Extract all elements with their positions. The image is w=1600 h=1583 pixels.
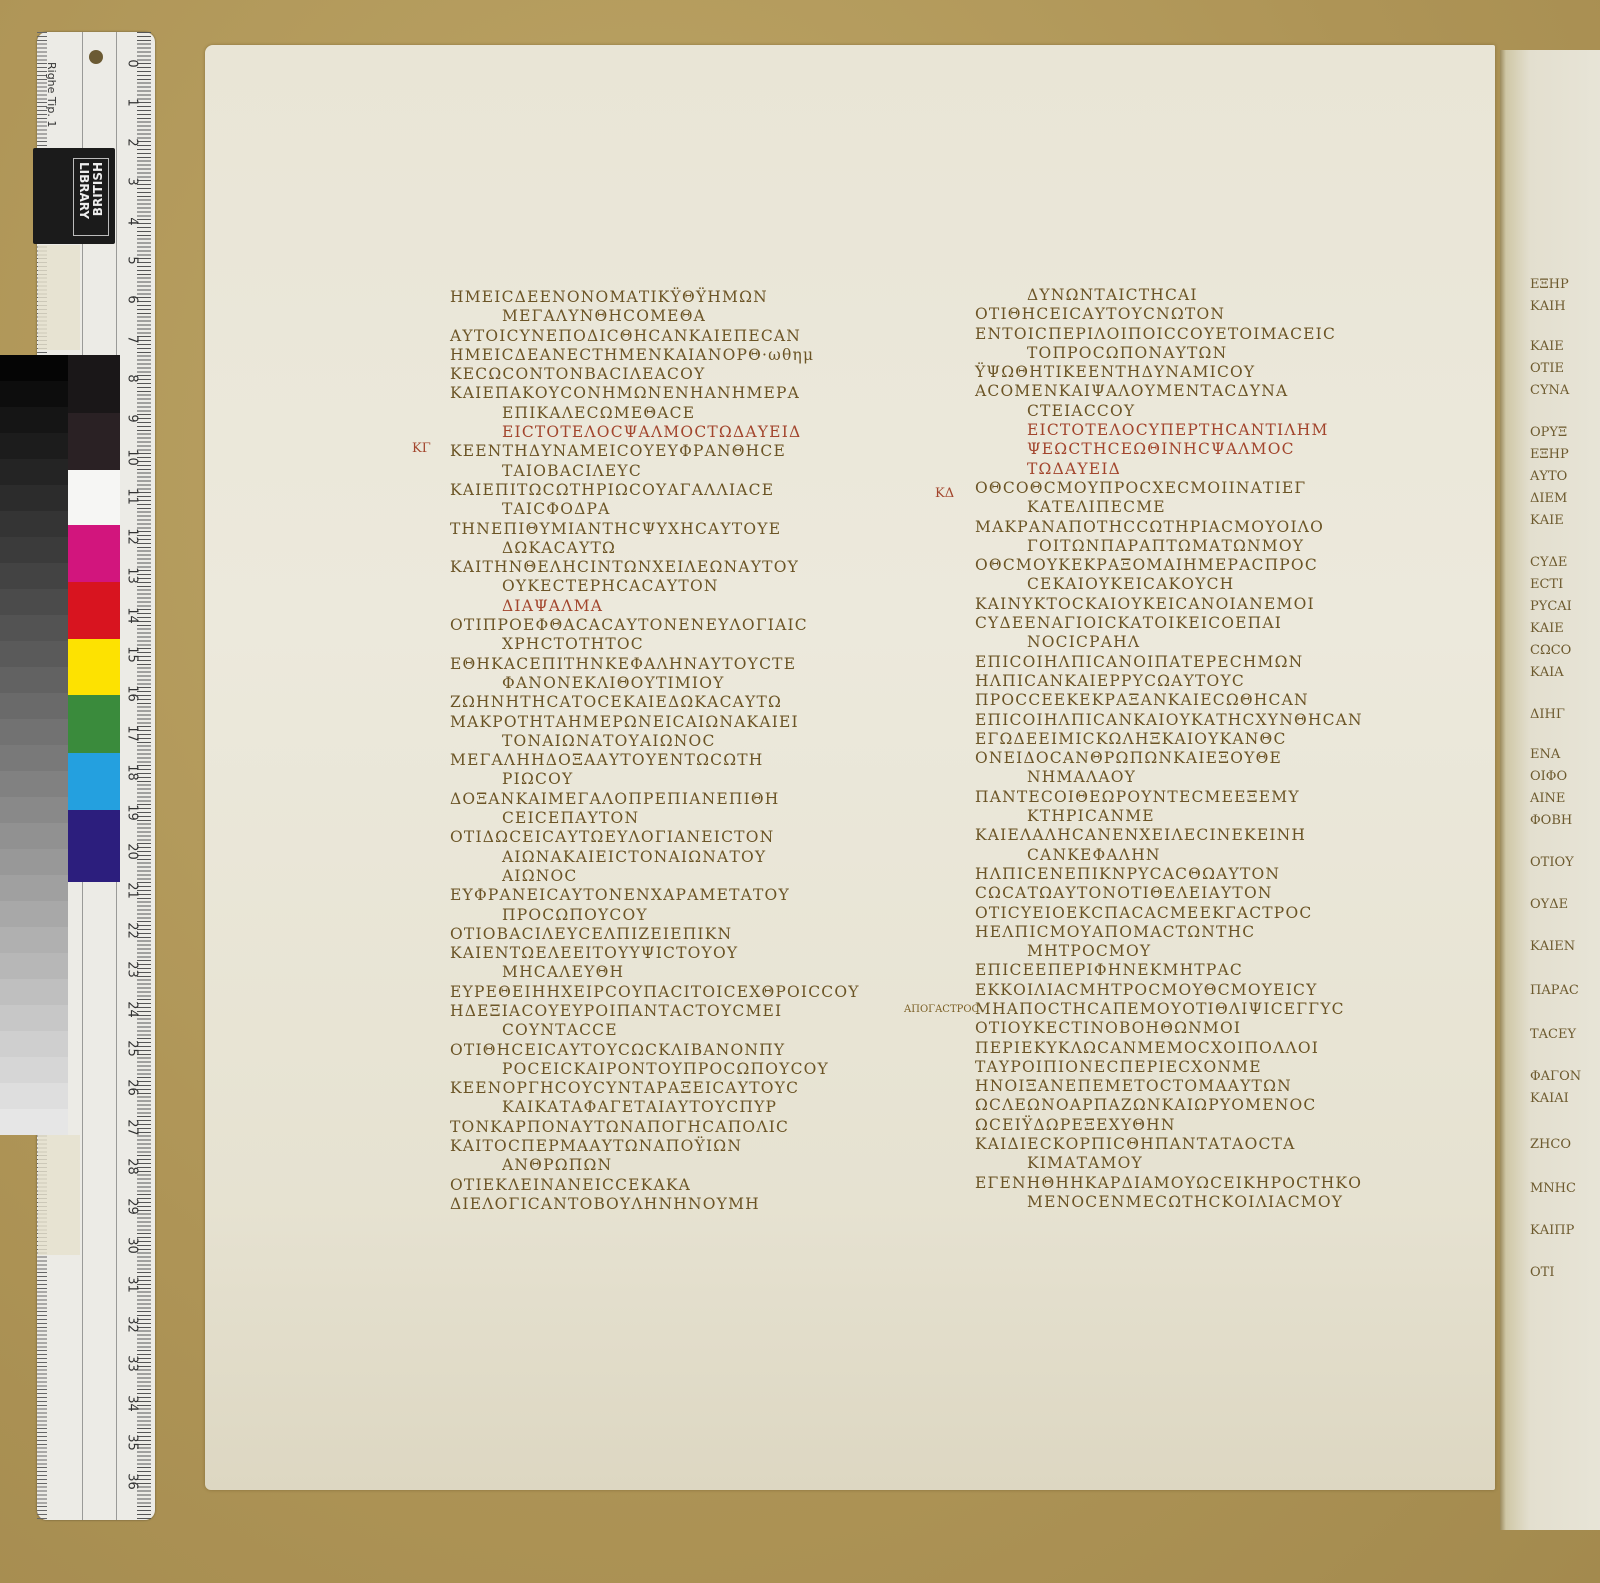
facing-page-fragment: ΚΑΙΕ [1530, 340, 1564, 353]
facing-page-fragment: ΚΑΙΗ [1530, 300, 1566, 313]
ruler-cm-label: 28 [125, 1152, 140, 1182]
manuscript-line: ΕΠΙϹΕΕΠΕΡΙΦΗΝΕΚΜΗΤΡΑϹ [975, 961, 1363, 980]
manuscript-line: ΕΠΙΚΑΛΕϹΩΜΕΘΑϹΕ [450, 404, 860, 423]
manuscript-line: ΫΨΩΘΗΤΙΚΕΕΝΤΗΔΥΝΑΜΙϹΟΥ [975, 363, 1363, 382]
ruler-cm-label: 1 [125, 88, 140, 118]
facing-page-fragment: ΦΑΓΟΝ [1530, 1070, 1581, 1083]
gray-step [0, 485, 68, 511]
ruler-cm-label: 17 [125, 718, 140, 748]
facing-page-fragment: ϹΥΔΕ [1530, 556, 1567, 569]
manuscript-line: ΕΘΗΚΑϹΕΠΙΤΗΝΚΕΦΑΛΗΝΑΥΤΟΥϹΤΕ [450, 655, 860, 674]
facing-page-fragment: ΠΑΡΑϹ [1530, 984, 1579, 997]
color-patch-green [68, 695, 120, 753]
gray-step [0, 563, 68, 589]
ruler-cm-label: 11 [125, 482, 140, 512]
facing-page-fragment: ΚΑΙΠΡ [1530, 1224, 1574, 1237]
gray-step [0, 355, 68, 381]
facing-page-fragment: ΚΑΙΕ [1530, 514, 1564, 527]
manuscript-line: ΦΑΝΟΝΕΚΛΙΘΟΥΤΙΜΙΟΥ [450, 674, 860, 693]
facing-page-fragment: ΟΥΔΕ [1530, 898, 1568, 911]
manuscript-line: ΟΤΙΕΚΛΕΙΝΑΝΕΙϹϹΕΚΑΚΑ [450, 1176, 860, 1195]
ruler-cm-label: 15 [125, 640, 140, 670]
gray-step [0, 667, 68, 693]
manuscript-line: ΨΕΩϹΤΗϹΕΩΘΙΝΗϹΨΑΛΜΟϹ [975, 440, 1363, 459]
manuscript-line: ΜΕΝΟϹΕΝΜΕϹΩΤΗϹΚΟΙΛΙΑϹΜΟΥ [975, 1193, 1363, 1212]
ruler-cm-label: 32 [125, 1309, 140, 1339]
gray-step [0, 849, 68, 875]
gray-step [0, 537, 68, 563]
facing-page-fragment: ΚΑΙΑΙ [1530, 1092, 1569, 1105]
manuscript-line: ΠΕΡΙΕΚΥΚΛΩϹΑΝΜΕΜΟϹΧΟΙΠΟΛΛΟΙ [975, 1039, 1363, 1058]
facing-page-fragment: ΚΑΙΕ [1530, 622, 1564, 635]
gray-step [0, 459, 68, 485]
facing-page-fragment: ΟΤΙΟΥ [1530, 856, 1574, 869]
manuscript-line: ΜΗϹΑΛΕΥΘΗ [450, 963, 860, 982]
manuscript-line: ΝΟϹΙϹΡΑΗΛ [975, 633, 1363, 652]
manuscript-line: ΑΙΩΝΟϹ [450, 867, 860, 886]
facing-page-fragment: ΟΙΦΟ [1530, 770, 1567, 783]
gray-step [0, 1057, 68, 1083]
manuscript-line: ΚΕΕΝΟΡΓΗϹΟΥϹΥΝΤΑΡΑΞΕΙϹΑΥΤΟΥϹ [450, 1079, 860, 1098]
manuscript-line: ϹΟΥΝΤΑϹϹΕ [450, 1021, 860, 1040]
facing-page-fragment: ΟΤΙΕ [1530, 362, 1564, 375]
manuscript-line: ΔΙΕΛΟΓΙϹΑΝΤΟΒΟΥΛΗΝΗΝΟΥΜΗ [450, 1195, 860, 1214]
ruler-cm-label: 19 [125, 797, 140, 827]
ruler-cm-label: 5 [125, 246, 140, 276]
ruler-cm-label: 7 [125, 324, 140, 354]
manuscript-line: ΟΘϹΟΘϹΜΟΥΠΡΟϹΧΕϹΜΟΙΙΝΑΤΙΕΓ [975, 479, 1363, 498]
psalm-number-left: ΚΓ [412, 441, 431, 456]
ruler-cm-label: 20 [125, 837, 140, 867]
ruler-cm-label: 27 [125, 1112, 140, 1142]
gray-step [0, 381, 68, 407]
manuscript-line: ΕΝΤΟΙϹΠΕΡΙΛΟΙΠΟΙϹϹΟΥΕΤΟΙΜΑϹΕΙϹ [975, 325, 1363, 344]
gray-step [0, 927, 68, 953]
manuscript-line: ΚΑΤΕΛΙΠΕϹΜΕ [975, 498, 1363, 517]
manuscript-line: ΔΙΑΨΑΛΜΑ [450, 597, 860, 616]
manuscript-line: ΟΤΙΠΡΟΕΦΘΑϹΑϹΑΥΤΟΝΕΝΕΥΛΟΓΙΑΙϹ [450, 616, 860, 635]
manuscript-line: ΟΤΙϹΥΕΙΟΕΚϹΠΑϹΑϹΜΕΕΚΓΑϹΤΡΟϹ [975, 904, 1363, 923]
manuscript-line: ΜΑΚΡΑΝΑΠΟΤΗϹϹΩΤΗΡΙΑϹΜΟΥΟΙΛΟ [975, 518, 1363, 537]
ruler-cm-label: 2 [125, 127, 140, 157]
gray-step [0, 407, 68, 433]
manuscript-line: ΤΑΙΟΒΑϹΙΛΕΥϹ [450, 462, 860, 481]
manuscript-line: ΜΗΤΡΟϹΜΟΥ [975, 942, 1363, 961]
manuscript-line: ϹΤΕΙΑϹϹΟΥ [975, 402, 1363, 421]
manuscript-line: ΟΘϹΜΟΥΚΕΚΡΑΞΟΜΑΙΗΜΕΡΑϹΠΡΟϹ [975, 556, 1363, 575]
manuscript-line: ΤΩΔΑΥΕΙΔ [975, 460, 1363, 479]
manuscript-line: ΧΡΗϹΤΟΤΗΤΟϹ [450, 635, 860, 654]
color-patch-white [68, 470, 120, 525]
manuscript-line: ΡΟϹΕΙϹΚΑΙΡΟΝΤΟΥΠΡΟϹΩΠΟΥϹΟΥ [450, 1060, 860, 1079]
color-patch-blue [68, 810, 120, 882]
manuscript-line: ϹΕΚΑΙΟΥΚΕΙϹΑΚΟΥϹΗ [975, 575, 1363, 594]
ruler-cm-label: 25 [125, 1034, 140, 1064]
manuscript-line: ΕΠΙϹΟΙΗΛΠΙϹΑΝΚΑΙΟΥΚΑΤΗϹΧΥΝΘΗϹΑΝ [975, 711, 1363, 730]
color-patch-dark-brown [68, 413, 120, 470]
manuscript-line: ΤΗΝΕΠΙΘΥΜΙΑΝΤΗϹΨΥΧΗϹΑΥΤΟΥΕ [450, 520, 860, 539]
manuscript-line: ΗΜΕΙϹΔΕΕΝΟΝΟΜΑΤΙΚΫΘΫΗΜΩΝ [450, 288, 860, 307]
facing-page-fragment: ΟΡΥΞ [1530, 426, 1567, 439]
manuscript-line: ΡΙΩϹΟΥ [450, 770, 860, 789]
manuscript-line: ΕΥΡΕΘΕΙΗΗΧΕΙΡϹΟΥΠΑϹΙΤΟΙϹΕΧΘΡΟΙϹϹΟΥ [450, 983, 860, 1002]
ruler-cm-label: 8 [125, 364, 140, 394]
gray-step [0, 1031, 68, 1057]
manuscript-line: ΕΠΙϹΟΙΗΛΠΙϹΑΝΟΙΠΑΤΕΡΕϹΗΜΩΝ [975, 653, 1363, 672]
manuscript-line: ΚΕΕΝΤΗΔΥΝΑΜΕΙϹΟΥΕΥΦΡΑΝΘΗϹΕ [450, 442, 860, 461]
gray-step [0, 615, 68, 641]
manuscript-line: ΚΑΙΕΝΤΩΕΛΕΕΙΤΟΥΥΨΙϹΤΟΥΟΥ [450, 944, 860, 963]
ruler-cm-label: 26 [125, 1073, 140, 1103]
manuscript-line: ΤΟΝΑΙΩΝΑΤΟΥΑΙΩΝΟϹ [450, 732, 860, 751]
manuscript-line: ΟΤΙΘΗϹΕΙϹΑΥΤΟΥϹΝΩΤΟΝ [975, 305, 1363, 324]
facing-page-fragment: ΑΙΝΕ [1530, 792, 1565, 805]
gray-step [0, 641, 68, 667]
manuscript-line: ΗΝΟΙΞΑΝΕΠΕΜΕΤΟϹΤΟΜΑΑΥΤΩΝ [975, 1077, 1363, 1096]
manuscript-line: ΤΑΙϹΦΟΔΡΑ [450, 500, 860, 519]
ruler-cm-label: 9 [125, 403, 140, 433]
ruler-hole [89, 50, 103, 64]
manuscript-line: ΕΥΦΡΑΝΕΙϹΑΥΤΟΝΕΝΧΑΡΑΜΕΤΑΤΟΥ [450, 886, 860, 905]
manuscript-line: ΚΑΙΕΠΙΤΩϹΩΤΗΡΙΩϹΟΥΑΓΑΛΛΙΑϹΕ [450, 481, 860, 500]
manuscript-line: ΠΡΟϹϹΕΕΚΕΚΡΑΞΑΝΚΑΙΕϹΩΘΗϹΑΝ [975, 691, 1363, 710]
ruler-secondary-label: Righe Tip. 1 [45, 62, 58, 127]
ruler-cm-label: 14 [125, 600, 140, 630]
gray-step [0, 771, 68, 797]
manuscript-line: ΚΑΙΕΠΑΚΟΥϹΟΝΗΜΩΝΕΝΗΑΝΗΜΕΡΑ [450, 384, 860, 403]
ruler-cm-label: 30 [125, 1231, 140, 1261]
facing-page-fragment: ΑΥΤΟ [1530, 470, 1567, 483]
gray-step [0, 745, 68, 771]
facing-page-fragment: ΕΞΗΡ [1530, 448, 1569, 461]
facing-page-fragment: ΤΑϹΕΥ [1530, 1028, 1576, 1041]
manuscript-line: ΚΕϹΩϹΟΝΤΟΝΒΑϹΙΛΕΑϹΟΥ [450, 365, 860, 384]
manuscript-line: ΗΛΠΙϹΑΝΚΑΙΕΡΡΥϹΩΑΥΤΟΥϹ [975, 672, 1363, 691]
manuscript-line: ΟΤΙΘΗϹΕΙϹΑΥΤΟΥϹΩϹΚΛΙΒΑΝΟΝΠΥ [450, 1041, 860, 1060]
gray-step [0, 693, 68, 719]
manuscript-line: ΕΓΩΔΕΕΙΜΙϹΚΩΛΗΞΚΑΙΟΥΚΑΝΘϹ [975, 730, 1363, 749]
manuscript-line: ΜΗΑΠΟϹΤΗϹΑΠΕΜΟΥΟΤΙΘΛΙΨΙϹΕΓΓΥϹ [975, 1000, 1363, 1019]
manuscript-line: ΩϹΛΕΩΝΟΑΡΠΑΖΩΝΚΑΙΩΡΥΟΜΕΝΟϹ [975, 1096, 1363, 1115]
gray-step [0, 511, 68, 537]
manuscript-line: ΚΑΙΝΥΚΤΟϹΚΑΙΟΥΚΕΙϹΑΝΟΙΑΝΕΜΟΙ [975, 595, 1363, 614]
manuscript-line: ΤΟΝΚΑΡΠΟΝΑΥΤΩΝΑΠΟΓΗϹΑΠΟΛΙϹ [450, 1118, 860, 1137]
facing-page-fragment: ΚΑΙΑ [1530, 666, 1564, 679]
manuscript-line: ΗΜΕΙϹΔΕΑΝΕϹΤΗΜΕΝΚΑΙΑΝΟΡΘ·ωθημ [450, 346, 860, 365]
manuscript-line: ΕΙϹΤΟΤΕΛΟϹΥΠΕΡΤΗϹΑΝΤΙΛΗΜ [975, 421, 1363, 440]
facing-page-fragment: ΟΤΙ [1530, 1266, 1554, 1279]
gray-step [0, 1109, 68, 1135]
color-patch-black [68, 355, 120, 413]
corrector-note: ΑΠΟΓΑϹΤΡΟϹ [904, 1004, 979, 1015]
manuscript-line: ΟΤΙΟΥΚΕϹΤΙΝΟΒΟΗΘΩΝΜΟΙ [975, 1019, 1363, 1038]
manuscript-line: ΑΝΘΡΩΠΩΝ [450, 1156, 860, 1175]
facing-page-fragment: ΡΥϹΑΙ [1530, 600, 1572, 613]
gray-step [0, 875, 68, 901]
badge-text-british: BRITISH [91, 162, 105, 216]
facing-page-fragment: ΖΗϹΟ [1530, 1138, 1571, 1151]
manuscript-line: ΟΝΕΙΔΟϹΑΝΘΡΩΠΩΝΚΑΙΕΞΟΥΘΕ [975, 749, 1363, 768]
manuscript-line: ΠΡΟϹΩΠΟΥϹΟΥ [450, 906, 860, 925]
color-patch-yellow [68, 639, 120, 695]
facing-page-fragment: ΚΑΙΕΝ [1530, 940, 1575, 953]
manuscript-line: ΑΙΩΝΑΚΑΙΕΙϹΤΟΝΑΙΩΝΑΤΟΥ [450, 848, 860, 867]
ruler-cm-label: 24 [125, 994, 140, 1024]
manuscript-line: ΩϹΕΙΫΔΩΡΕΞΕΧΥΘΗΝ [975, 1116, 1363, 1135]
facing-page-fragment: ΕΞΗΡ [1530, 278, 1569, 291]
manuscript-line: ΤΟΠΡΟϹΩΠΟΝΑΥΤΩΝ [975, 344, 1363, 363]
manuscript-line: ΔΥΝΩΝΤΑΙϹΤΗϹΑΙ [975, 286, 1363, 305]
grayscale-strip [0, 355, 68, 1135]
manuscript-line: ΗΔΕΞΙΑϹΟΥΕΥΡΟΙΠΑΝΤΑϹΤΟΥϹΜΕΙ [450, 1002, 860, 1021]
ruler-cm-label: 29 [125, 1191, 140, 1221]
manuscript-line: ΝΗΜΑΛΑΟΥ [975, 768, 1363, 787]
facing-page-fragment: ϹΥΝΑ [1530, 384, 1569, 397]
right-text-column: ΔΥΝΩΝΤΑΙϹΤΗϹΑΙΟΤΙΘΗϹΕΙϹΑΥΤΟΥϹΝΩΤΟΝΕΝΤΟΙϹ… [975, 286, 1363, 1212]
manuscript-line: ΚΑΙΚΑΤΑΦΑΓΕΤΑΙΑΥΤΟΥϹΠΥΡ [450, 1098, 860, 1117]
facing-page-fragment: ΜΝΗϹ [1530, 1182, 1576, 1195]
ruler-cm-label: 23 [125, 955, 140, 985]
british-library-badge: LIBRARY BRITISH [33, 148, 115, 244]
badge-text-library: LIBRARY [77, 162, 91, 219]
ruler-cm-label: 21 [125, 876, 140, 906]
gray-step [0, 901, 68, 927]
manuscript-line: ΔΩΚΑϹΑΥΤΩ [450, 539, 860, 558]
manuscript-line: ϹΕΙϹΕΠΑΥΤΟΝ [450, 809, 860, 828]
manuscript-line: ΕΚΚΟΙΛΙΑϹΜΗΤΡΟϹΜΟΥΘϹΜΟΥΕΙϹΥ [975, 981, 1363, 1000]
gray-step [0, 953, 68, 979]
facing-page-fragment: ΕϹΤΙ [1530, 578, 1563, 591]
manuscript-line: ΖΩΗΝΗΤΗϹΑΤΟϹΕΚΑΙΕΔΩΚΑϹΑΥΤΩ [450, 693, 860, 712]
facing-page-fragment: ΔΙΕΜ [1530, 492, 1567, 505]
ruler-cm-label: 13 [125, 561, 140, 591]
ruler-cm-label: 6 [125, 285, 140, 315]
manuscript-line: ΗΛΠΙϹΕΝΕΠΙΚΝΡΥϹΑϹΘΩΑΥΤΟΝ [975, 865, 1363, 884]
manuscript-line: ΚΑΙΔΙΕϹΚΟΡΠΙϹΘΗΠΑΝΤΑΤΑΟϹΤΑ [975, 1135, 1363, 1154]
facing-page-fragment: ϹΩϹΟ [1530, 644, 1571, 657]
manuscript-line: ΤΑΥΡΟΙΠΙΟΝΕϹΠΕΡΙΕϹΧΟΝΜΕ [975, 1058, 1363, 1077]
manuscript-line: ΕΓΕΝΗΘΗΗΚΑΡΔΙΑΜΟΥΩϹΕΙΚΗΡΟϹΤΗΚΟ [975, 1174, 1363, 1193]
manuscript-line: ΚΤΗΡΙϹΑΝΜΕ [975, 807, 1363, 826]
manuscript-line: ΠΑΝΤΕϹΟΙΘΕΩΡΟΥΝΤΕϹΜΕΕΞΕΜΥ [975, 788, 1363, 807]
psalm-number-right: ΚΔ [935, 486, 954, 501]
gray-step [0, 979, 68, 1005]
gray-step [0, 719, 68, 745]
facing-page-fragment: ΦΟΒΗ [1530, 814, 1572, 827]
manuscript-line: ΑΥΤΟΙϹΥΝΕΠΟΔΙϹΘΗϹΑΝΚΑΙΕΠΕϹΑΝ [450, 327, 860, 346]
left-text-column: ΗΜΕΙϹΔΕΕΝΟΝΟΜΑΤΙΚΫΘΫΗΜΩΝΜΕΓΑΛΥΝΘΗϹΟΜΕΘΑΑ… [450, 288, 860, 1214]
ruler-cm-label: 18 [125, 758, 140, 788]
gray-step [0, 797, 68, 823]
ruler-cm-label: 36 [125, 1467, 140, 1497]
manuscript-line: ΜΕΓΑΛΥΝΘΗϹΟΜΕΘΑ [450, 307, 860, 326]
manuscript-line: ΔΟΞΑΝΚΑΙΜΕΓΑΛΟΠΡΕΠΙΑΝΕΠΙΘΗ [450, 790, 860, 809]
facing-page [1500, 50, 1600, 1530]
ruler-cm-label: 12 [125, 521, 140, 551]
manuscript-line: ΕΙϹΤΟΤΕΛΟϹΨΑΛΜΟϹΤΩΔΑΥΕΙΔ [450, 423, 860, 442]
manuscript-line: ΗΕΛΠΙϹΜΟΥΑΠΟΜΑϹΤΩΝΤΗϹ [975, 923, 1363, 942]
manuscript-line: ΓΟΙΤΩΝΠΑΡΑΠΤΩΜΑΤΩΝΜΟΥ [975, 537, 1363, 556]
ruler-cm-label: 16 [125, 679, 140, 709]
color-patch-cyan [68, 753, 120, 810]
ruler-cm-label: 35 [125, 1428, 140, 1458]
manuscript-line: ΜΑΚΡΟΤΗΤΑΗΜΕΡΩΝΕΙϹΑΙΩΝΑΚΑΙΕΙ [450, 713, 860, 732]
ruler-cm-label: 3 [125, 167, 140, 197]
ruler-cm-label: 4 [125, 206, 140, 236]
manuscript-line: ΚΑΙΤΗΝΘΕΛΗϹΙΝΤΩΝΧΕΙΛΕΩΝΑΥΤΟΥ [450, 558, 860, 577]
facing-page-fragment: ΔΙΗΓ [1530, 708, 1565, 721]
facing-page-fragment: ΕΝΑ [1530, 748, 1560, 761]
ruler-cm-label: 0 [125, 49, 140, 79]
ruler-cm-label: 33 [125, 1349, 140, 1379]
manuscript-line: ϹΑΝΚΕΦΑΛΗΝ [975, 846, 1363, 865]
gray-step [0, 823, 68, 849]
manuscript-line: ΚΑΙΤΟϹΠΕΡΜΑΑΥΤΩΝΑΠΟΫΙΩΝ [450, 1137, 860, 1156]
manuscript-line: ΟΥΚΕϹΤΕΡΗϹΑϹΑΥΤΟΝ [450, 577, 860, 596]
manuscript-line: ΚΑΙΕΛΑΛΗϹΑΝΕΝΧΕΙΛΕϹΙΝΕΚΕΙΝΗ [975, 826, 1363, 845]
manuscript-line: ΑϹΟΜΕΝΚΑΙΨΑΛΟΥΜΕΝΤΑϹΔΥΝΑ [975, 382, 1363, 401]
gray-step [0, 1083, 68, 1109]
manuscript-line: ΚΙΜΑΤΑΜΟΥ [975, 1154, 1363, 1173]
gray-step [0, 589, 68, 615]
tape [38, 245, 80, 350]
ruler-cm-label: 34 [125, 1388, 140, 1418]
manuscript-line: ΜΕΓΑΛΗΗΔΟΞΑΑΥΤΟΥΕΝΤΩϹΩΤΗ [450, 751, 860, 770]
gray-step [0, 433, 68, 459]
ruler-cm-label: 22 [125, 915, 140, 945]
manuscript-line: ΟΤΙΔΩϹΕΙϹΑΥΤΩΕΥΛΟΓΙΑΝΕΙϹΤΟΝ [450, 828, 860, 847]
color-patch-magenta [68, 525, 120, 582]
tape [38, 1135, 80, 1255]
color-calibration-chart [0, 355, 124, 1135]
manuscript-line: ϹΩϹΑΤΩΑΥΤΟΝΟΤΙΘΕΛΕΙΑΥΤΟΝ [975, 884, 1363, 903]
manuscript-line: ΟΤΙΟΒΑϹΙΛΕΥϹΕΛΠΙΖΕΙΕΠΙΚΝ [450, 925, 860, 944]
manuscript-line: ϹΥΔΕΕΝΑΓΙΟΙϹΚΑΤΟΙΚΕΙϹΟΕΠΑΙ [975, 614, 1363, 633]
color-patch-red [68, 582, 120, 639]
gray-step [0, 1005, 68, 1031]
ruler-cm-label: 10 [125, 443, 140, 473]
ruler-cm-label: 31 [125, 1270, 140, 1300]
